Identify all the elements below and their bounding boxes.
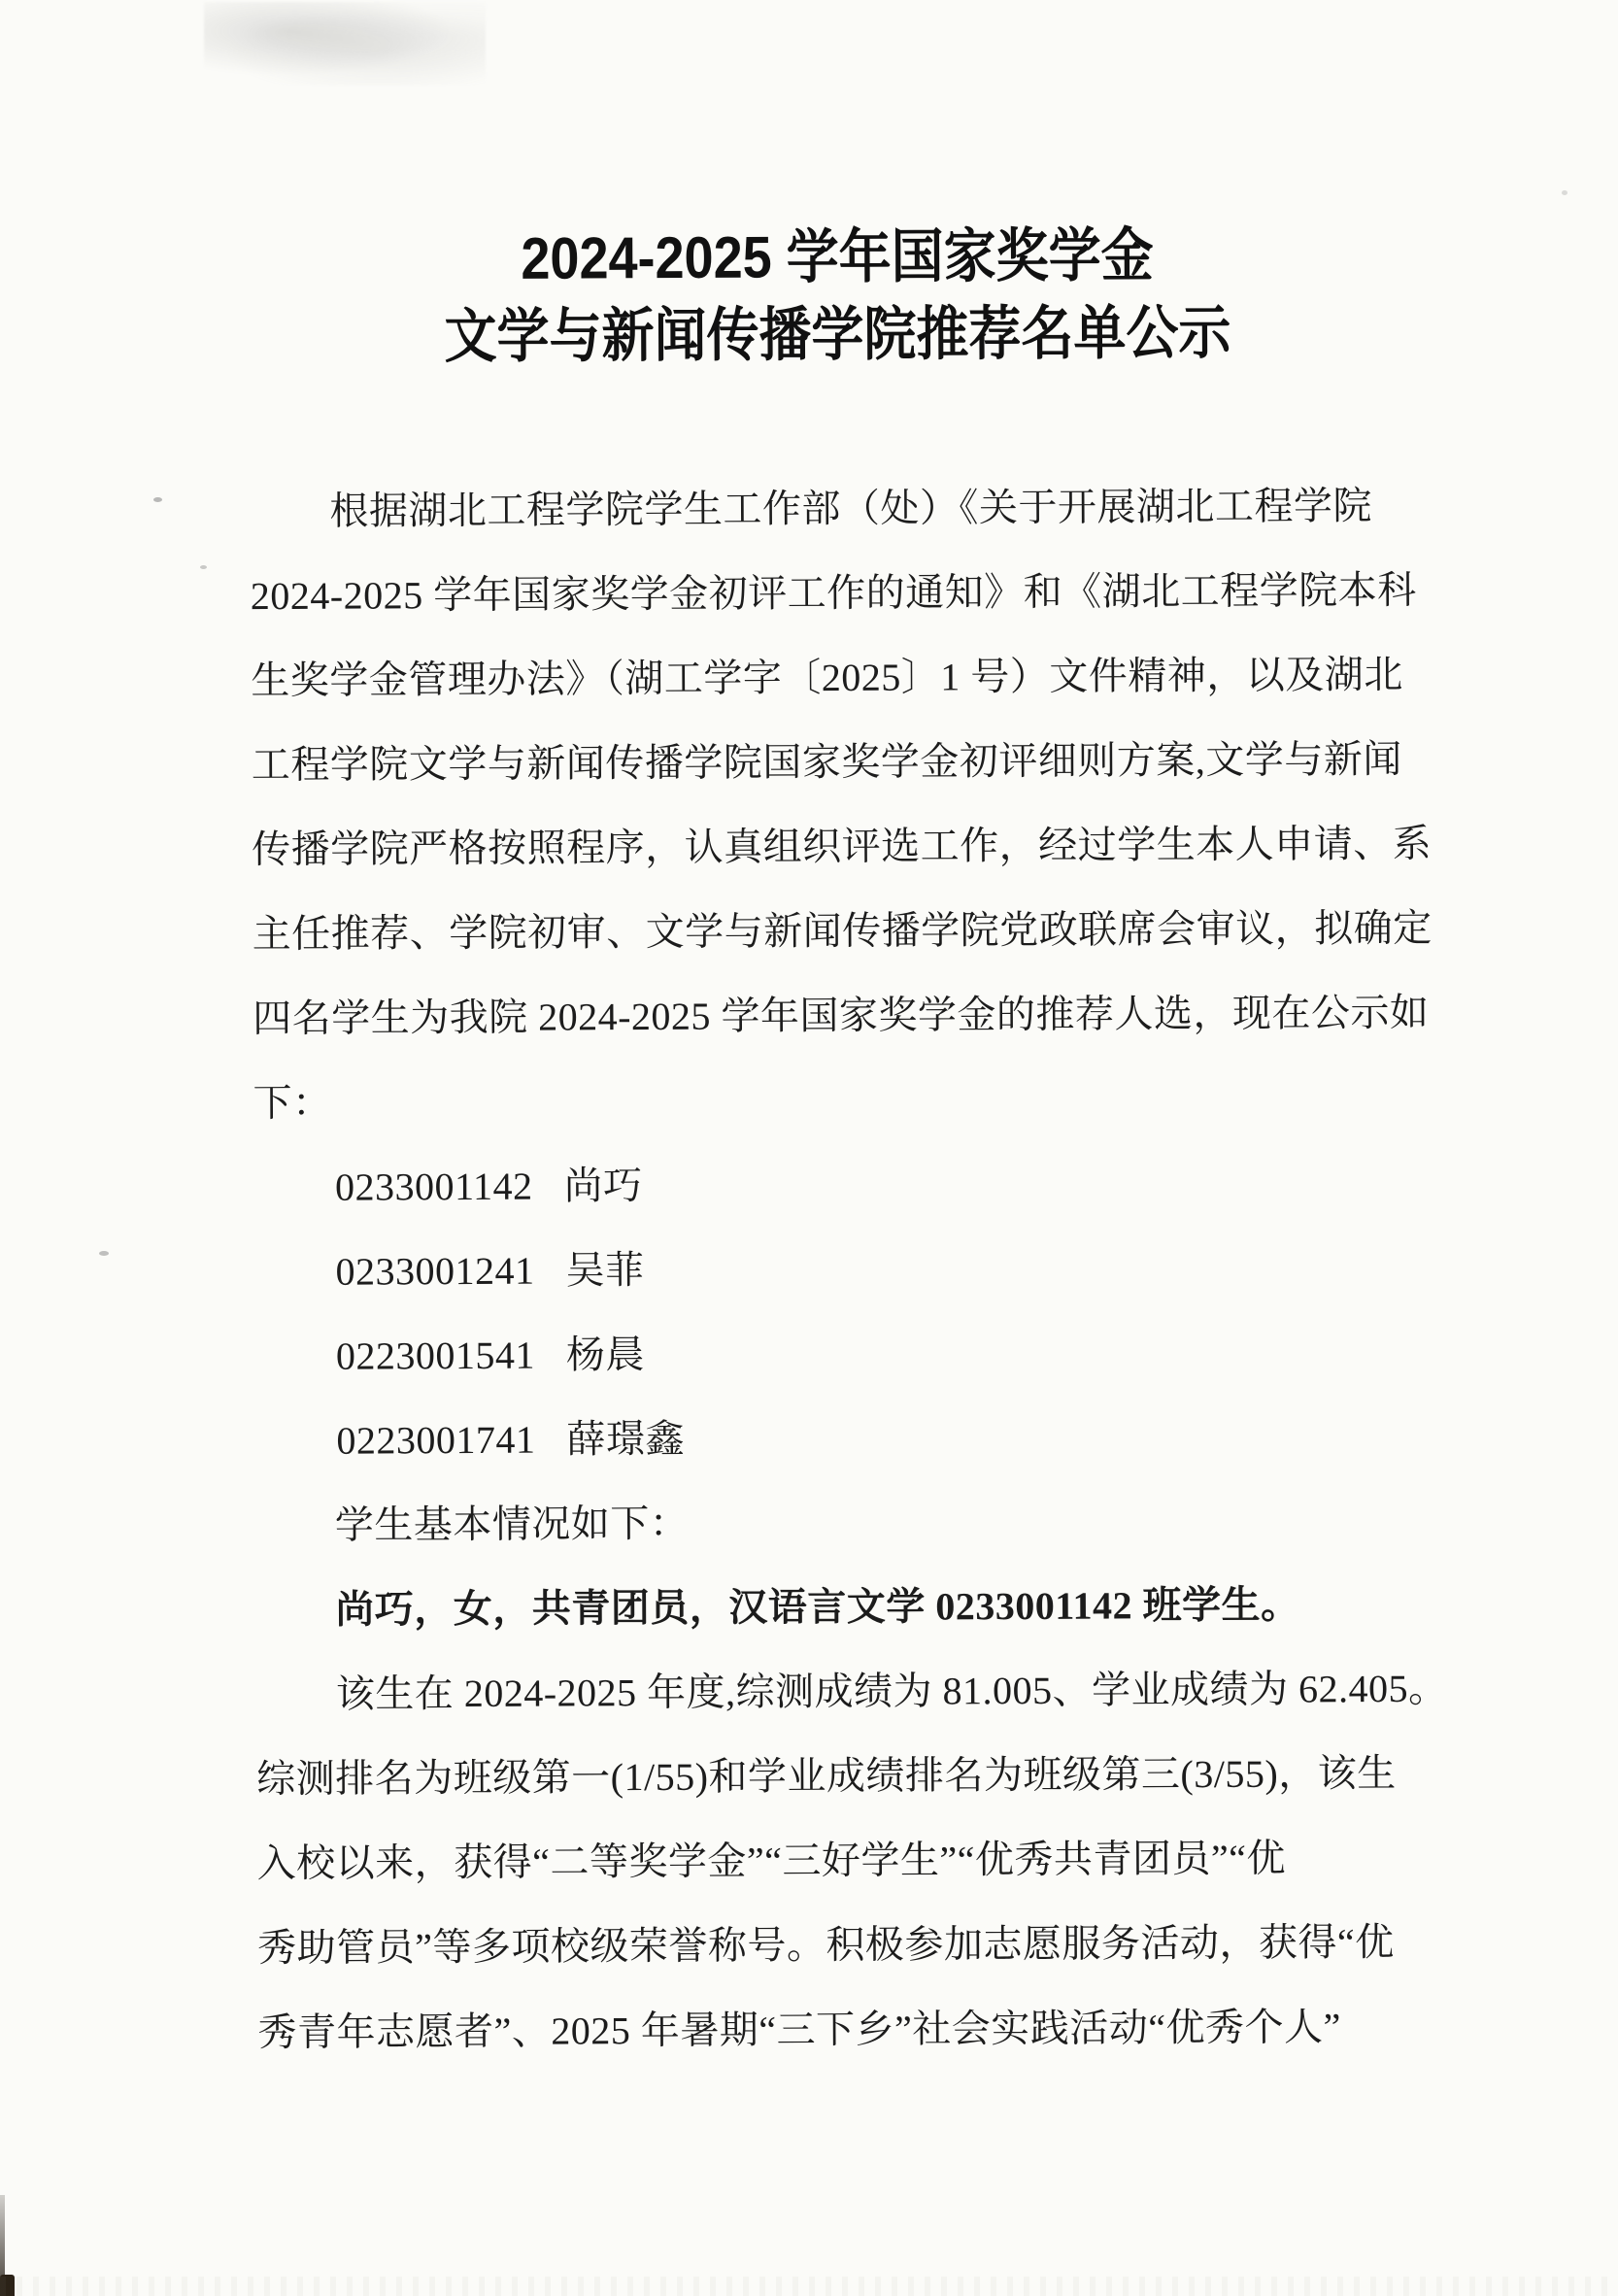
- intro-paragraph: 根据湖北工程学院学生工作部（处）《关于开展湖北工程学院 2024-2025 学年…: [250, 463, 1431, 1145]
- student-name: 薛璟鑫: [566, 1417, 685, 1462]
- text-line: 传播学院严格按照程序，认真组织评选工作，经过学生本人申请、系: [252, 801, 1429, 892]
- text-line: 主任推荐、学院初审、文学与新闻传播学院党政联席会审议，拟确定: [252, 886, 1429, 976]
- text-line: 秀助管员”等多项校级荣誉称号。积极参加志愿服务活动，获得“优: [257, 1900, 1434, 1990]
- scanned-document: { "page": { "paper_color": "#fbfbf8", "i…: [0, 0, 1618, 2296]
- scan-speck-artifact: [200, 565, 207, 569]
- detail-paragraph: 该生在 2024-2025 年度,综测成绩为 81.005、学业成绩为 62.4…: [256, 1646, 1435, 2075]
- scan-noise-artifact: [0, 2277, 1618, 2296]
- student-name: 吴菲: [565, 1248, 644, 1292]
- text-line: 生奖学金管理办法》（湖工学字〔2025〕1 号）文件精神，以及湖北: [251, 632, 1428, 723]
- student-row: 0223001541杨晨: [254, 1308, 1432, 1399]
- student-name: 杨晨: [566, 1333, 645, 1376]
- student-name: 尚巧: [563, 1164, 642, 1207]
- text-line: 该生在 2024-2025 年度,综测成绩为 81.005、学业成绩为 62.4…: [256, 1646, 1433, 1737]
- text-line: 综测排名为班级第一(1/55)和学业成绩排名为班级第三(3/55)，该生: [256, 1731, 1433, 1821]
- notice-content: 2024-2025 学年国家奖学金 文学与新闻传播学院推荐名单公示 根据湖北工程…: [248, 0, 1435, 2075]
- section-label: 学生基本情况如下：: [255, 1477, 1433, 1568]
- student-id: 0233001241: [335, 1249, 534, 1294]
- text-line: 2024-2025 学年国家奖学金初评工作的通知》和《湖北工程学院本科: [251, 548, 1428, 638]
- text-line: 入校以来，获得“二等奖学金”“三好学生”“优秀共青团员”“优: [256, 1815, 1433, 1906]
- scanned-notice-page: 2024-2025 学年国家奖学金 文学与新闻传播学院推荐名单公示 根据湖北工程…: [0, 0, 1618, 2296]
- scan-corner-artifact: [0, 2275, 15, 2296]
- text-line: 根据湖北工程学院学生工作部（处）《关于开展湖北工程学院: [250, 463, 1427, 554]
- text-line: 工程学院文学与新闻传播学院国家奖学金初评细则方案,文学与新闻: [252, 717, 1429, 807]
- text-line: 四名学生为我院 2024-2025 学年国家奖学金的推荐人选，现在公示如: [253, 970, 1430, 1061]
- notice-title: 2024-2025 学年国家奖学金 文学与新闻传播学院推荐名单公示: [248, 0, 1427, 377]
- student-row: 0223001741薛璟鑫: [254, 1393, 1432, 1483]
- scan-speck-artifact: [99, 1251, 109, 1256]
- student-id: 0233001142: [335, 1165, 533, 1209]
- student-id: 0223001541: [336, 1334, 535, 1378]
- student-profile-line: 尚巧，女，共青团员，汉语言文学 0233001142 班学生。: [255, 1562, 1433, 1652]
- text-line: 秀青年志愿者”、2025 年暑期“三下乡”社会实践活动“优秀个人”: [257, 1984, 1434, 2075]
- student-row: 0233001142尚巧: [253, 1139, 1431, 1230]
- student-row: 0233001241吴菲: [253, 1224, 1431, 1314]
- notice-body: 根据湖北工程学院学生工作部（处）《关于开展湖北工程学院 2024-2025 学年…: [250, 463, 1435, 2075]
- scan-speck-artifact: [153, 497, 162, 502]
- scan-speck-artifact: [1562, 190, 1567, 195]
- student-list: 0233001142尚巧 0233001241吴菲 0223001541杨晨 0…: [253, 1139, 1433, 1483]
- student-id: 0223001741: [336, 1418, 535, 1463]
- scan-edge-artifact: [0, 2195, 5, 2296]
- text-line: 下：: [253, 1055, 1430, 1145]
- title-line-2: 文学与新闻传播学院推荐名单公示: [249, 288, 1426, 382]
